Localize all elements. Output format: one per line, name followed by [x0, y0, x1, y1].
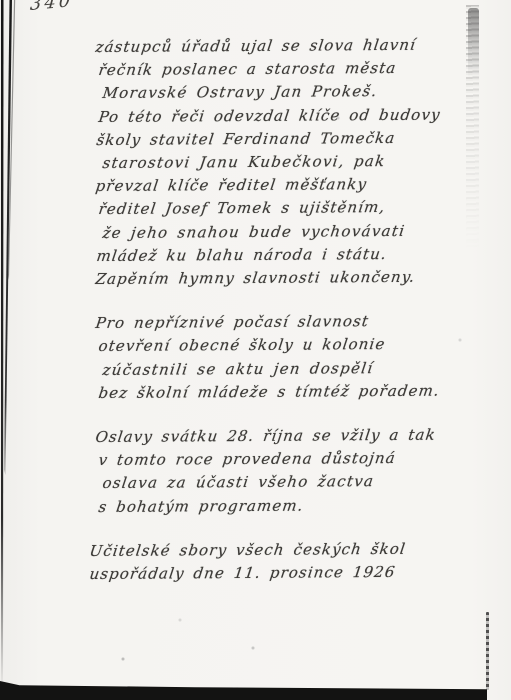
- text-line: mládež ku blahu národa i státu.: [95, 242, 487, 268]
- text-line: otevření obecné školy u kolonie: [97, 333, 487, 359]
- text-line: v tomto roce provedena důstojná: [97, 447, 487, 473]
- text-line: starostovi Janu Kubečkovi, pak: [101, 149, 487, 175]
- text-line: uspořádaly dne 11. prosince 1926: [88, 560, 487, 586]
- text-line: Oslavy svátku 28. října se vžily a tak: [94, 423, 487, 449]
- text-line: řečník poslanec a starosta města: [97, 57, 487, 83]
- text-line: Pro nepříznivé počasí slavnost: [94, 310, 487, 336]
- paragraph-october-celebration: Oslavy svátku 28. října se vžily a tak v…: [94, 426, 484, 519]
- text-line: s bohatým programem.: [97, 493, 487, 519]
- text-line: Moravské Ostravy Jan Prokeš.: [101, 80, 487, 106]
- text-line: Zapěním hymny slavnosti ukončeny.: [94, 265, 487, 291]
- binding-edge-lines: [0, 0, 30, 700]
- paragraph-teachers: Učitelské sbory všech českých škol uspoř…: [94, 540, 484, 586]
- manuscript-text: zástupců úřadů ujal se slova hlavní řečn…: [94, 36, 484, 586]
- paragraph-ceremony: zástupců úřadů ujal se slova hlavní řečn…: [94, 36, 484, 291]
- scanned-chronicle-page: 340 zástupců úřadů ujal se slova hlavní …: [0, 0, 511, 700]
- text-line: školy stavitel Ferdinand Tomečka: [95, 126, 487, 152]
- text-line: že jeho snahou bude vychovávati: [101, 219, 487, 245]
- text-line: bez školní mládeže s tímtéž pořadem.: [97, 379, 487, 405]
- text-line: Po této řeči odevzdal klíče od budovy: [97, 103, 487, 129]
- text-line: oslava za účasti všeho žactva: [101, 470, 487, 496]
- text-line: ředitel Josef Tomek s ujištěním,: [97, 196, 487, 222]
- scanner-shadow-band: [0, 680, 487, 700]
- text-line: zástupců úřadů ujal se slova hlavní: [94, 33, 487, 59]
- text-line: převzal klíče ředitel měšťanky: [94, 172, 487, 198]
- text-line: Učitelské sbory všech českých škol: [88, 537, 487, 563]
- page-edge-streak: [486, 612, 489, 690]
- paragraph-weather: Pro nepříznivé počasí slavnost otevření …: [94, 312, 484, 405]
- page-number-mark: 340: [29, 0, 74, 15]
- text-line: zúčastnili se aktu jen dospělí: [101, 356, 487, 382]
